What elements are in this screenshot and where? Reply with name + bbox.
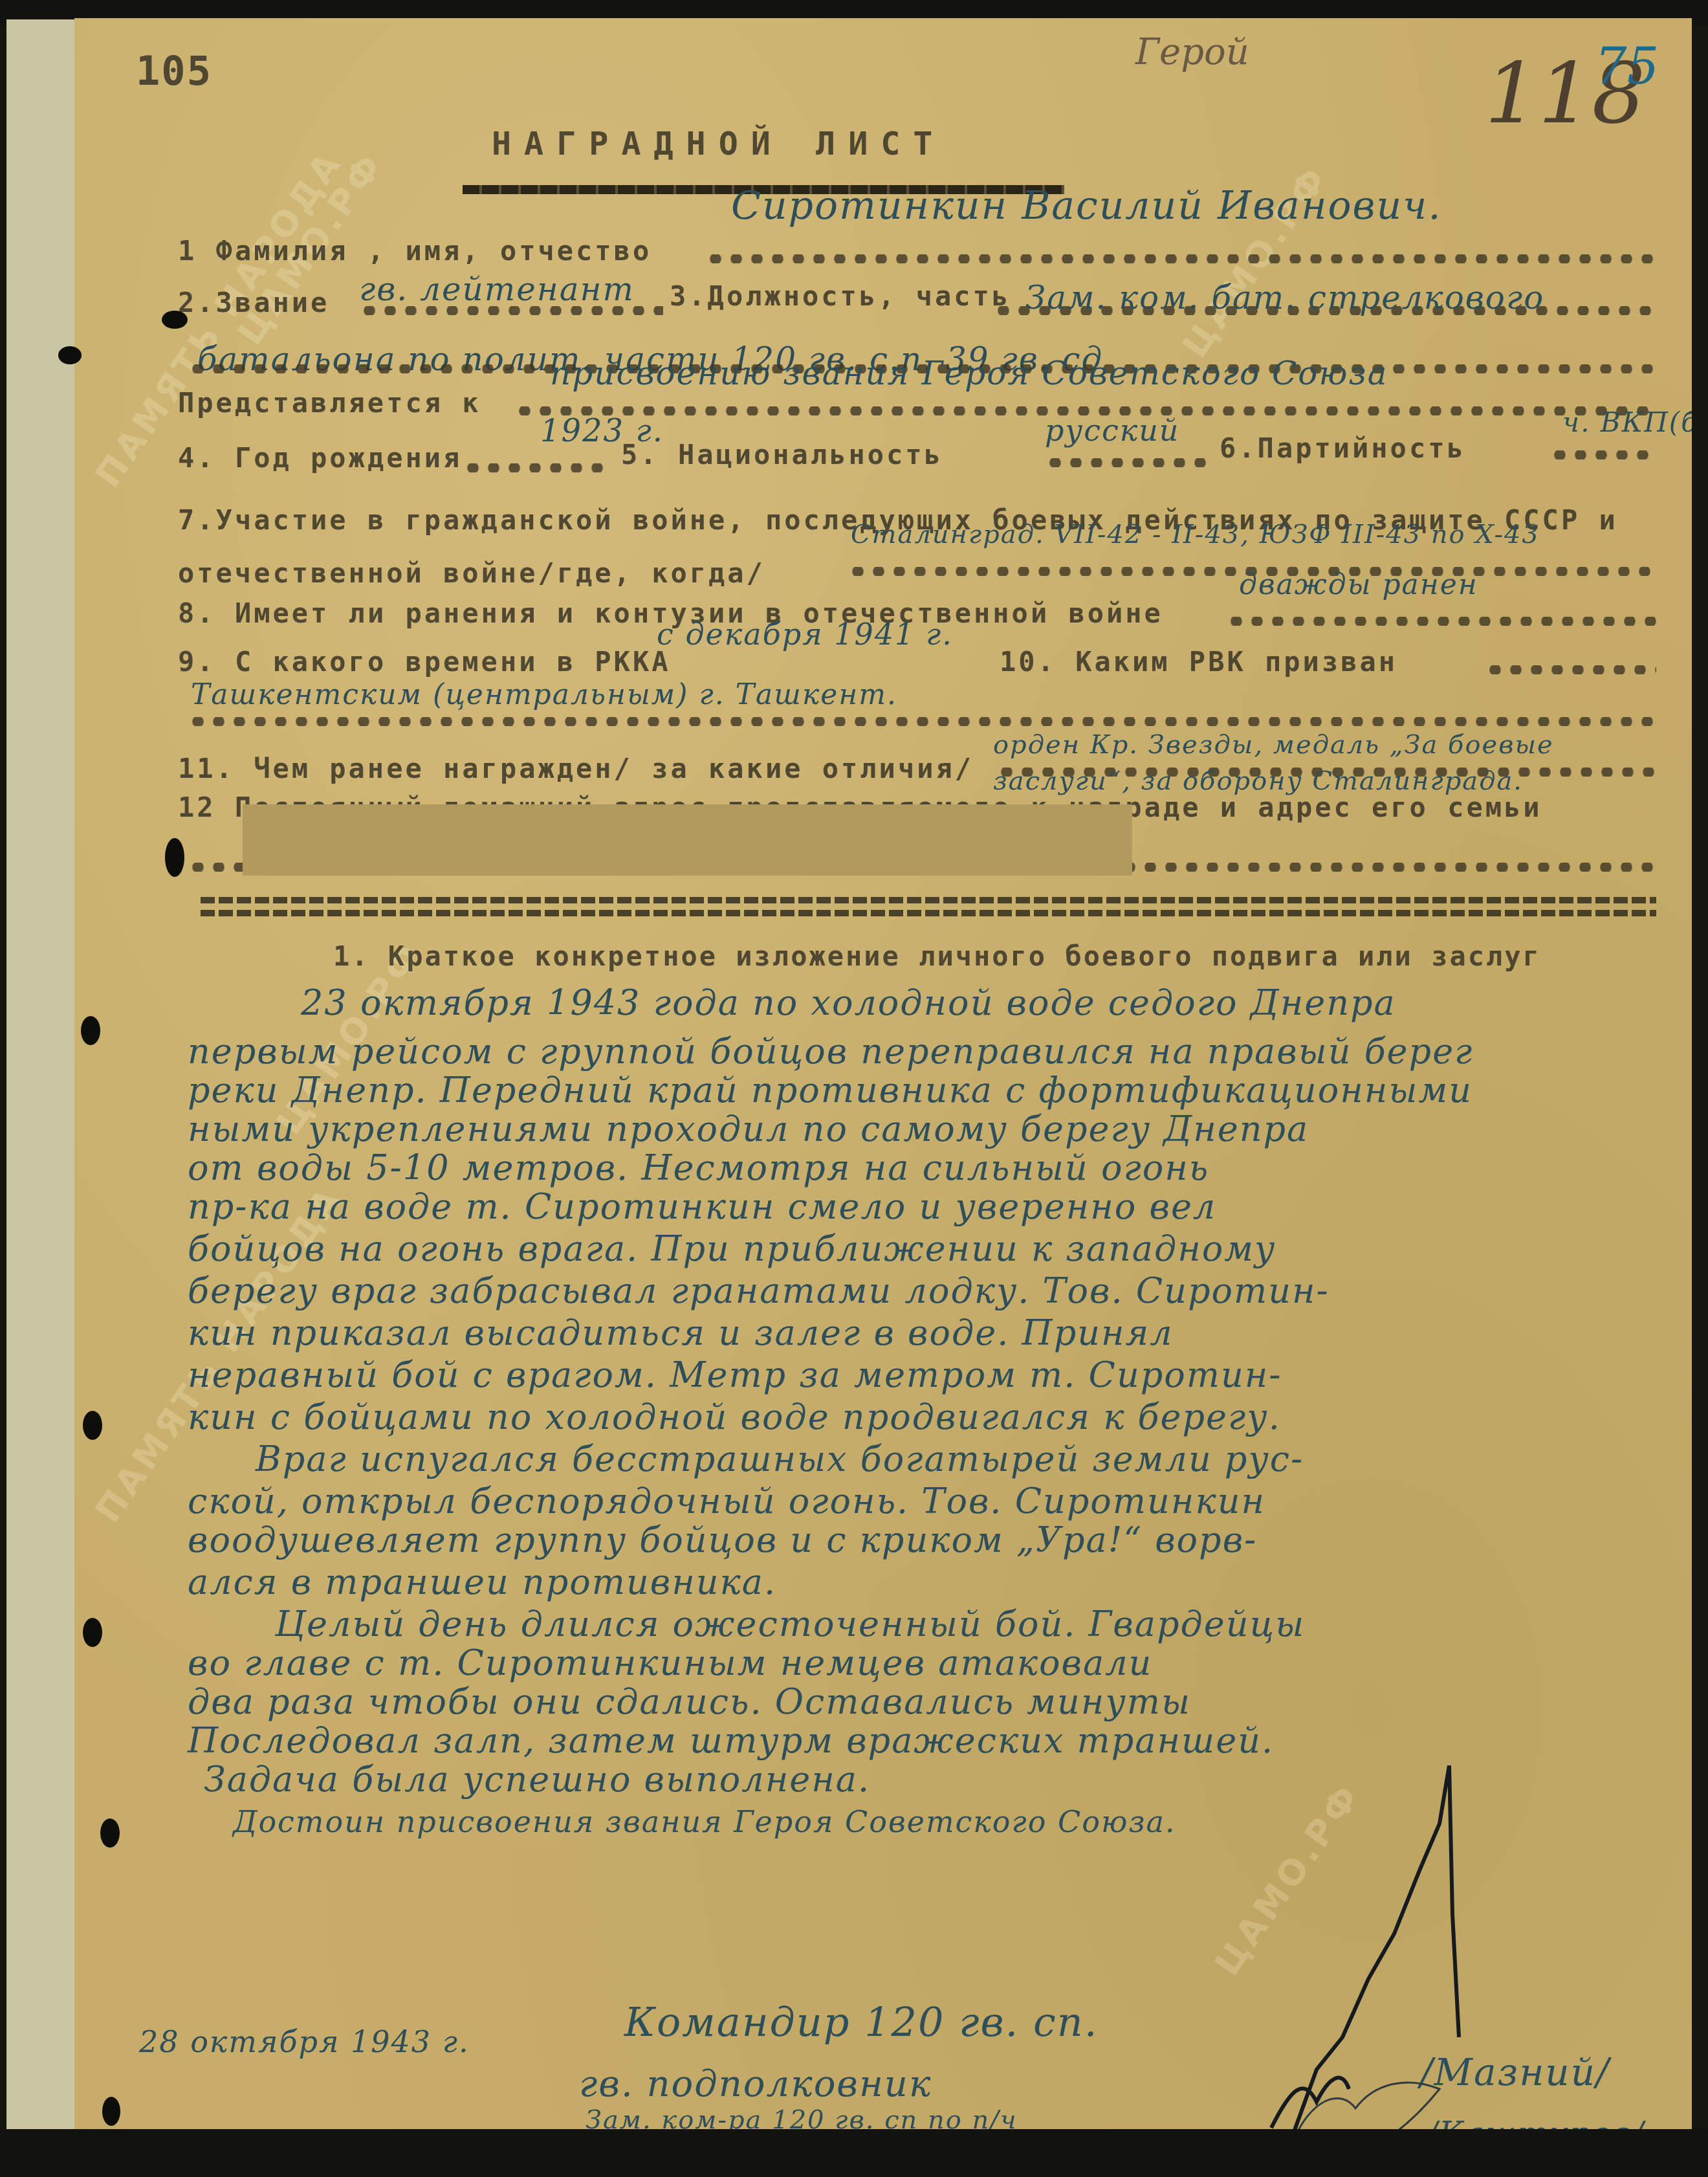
narrative-line: ными укреплениями проходил по самому бер… — [188, 1109, 1309, 1149]
narrative-line: кин с бойцами по холодной воде продвигал… — [188, 1397, 1281, 1437]
narrative-line: воодушевляет группу бойцов и с криком „У… — [188, 1519, 1257, 1560]
field-10-label: 10. Каким РВК призван — [1000, 646, 1397, 678]
section-separator — [201, 910, 1656, 916]
punch-hole — [165, 838, 184, 877]
dotted-line — [1549, 450, 1656, 459]
dotted-line — [1045, 458, 1213, 467]
field-5-label: 5. Национальность — [621, 439, 943, 470]
dotted-line — [1485, 665, 1656, 674]
field-6-value: ч. ВКП(б) — [1562, 406, 1692, 438]
narrative-line: ской, открыл беспорядочный огонь. Тов. С… — [188, 1481, 1265, 1521]
narrative-line: первым рейсом с группой бойцов переправи… — [188, 1031, 1473, 1072]
field-4-label: 4. Год рождения — [178, 442, 462, 474]
commander-rank: гв. подполковник — [579, 2063, 932, 2105]
field-1-label: 1 Фамилия , имя, отчество — [178, 235, 651, 267]
field-1-value: Сиротинкин Василий Иванович. — [731, 183, 1442, 228]
field-5-value: русский — [1045, 413, 1179, 448]
narrative-line: Враг испугался бесстрашных богатырей зем… — [256, 1439, 1304, 1479]
archive-page-number: 105 — [136, 47, 212, 94]
section-separator — [201, 897, 1656, 903]
presented-for-label: Представляется к — [178, 387, 481, 419]
narrative-line: неравный бой с врагом. Метр за метром т.… — [188, 1354, 1282, 1395]
narrative-line: во главе с т. Сиротинкиным немцев атаков… — [188, 1642, 1152, 1683]
scan-border-bottom — [0, 2129, 1708, 2177]
dotted-line — [463, 463, 611, 472]
field-6-label: 6.Партийность — [1220, 432, 1466, 464]
narrative-line: два раза чтобы они сдались. Оставались м… — [188, 1681, 1191, 1722]
punch-hole — [162, 311, 188, 329]
narrative-line: кин приказал высадиться и залег в воде. … — [188, 1312, 1174, 1353]
punch-hole — [81, 1016, 100, 1045]
narrative-line: пр-ка на воде т. Сиротинкин смело и увер… — [188, 1186, 1216, 1227]
conclusion-line: Достоин присвоения звания Героя Советско… — [233, 1804, 1176, 1839]
field-10-value: Ташкентским (центральным) г. Ташкент. — [191, 678, 897, 711]
narrative-line: берегу враг забрасывал гранатами лодку. … — [188, 1270, 1330, 1311]
narrative-line: реки Днепр. Передний край противника с ф… — [188, 1070, 1473, 1111]
deputy-signature — [1284, 2070, 1452, 2133]
field-8-value: дважды ранен — [1239, 568, 1478, 601]
field-11-value: орден Кр. Звезды, медаль „За боевые засл… — [993, 727, 1685, 799]
narrative-line: бойцов на огонь врага. При приближении к… — [188, 1228, 1276, 1269]
narrative-line: Целый день длился ожесточенный бой. Гвар… — [275, 1604, 1305, 1644]
punch-hole — [102, 2097, 120, 2126]
document-date: 28 октября 1943 г. — [139, 2024, 470, 2059]
punch-hole — [83, 1618, 102, 1647]
narrative-line: Последовал залп, затем штурм вражеских т… — [188, 1720, 1274, 1761]
redacted-address — [243, 804, 1132, 876]
section-heading: 1. Краткое конкретное изложение личного … — [333, 940, 1541, 972]
commander-title: Командир 120 гв. сп. — [624, 1998, 1098, 2046]
punch-hole — [58, 346, 82, 364]
pencil-note: Герой — [1135, 31, 1249, 73]
field-9-value: с декабря 1941 г. — [657, 617, 953, 652]
narrative-line: от воды 5-10 метров. Несмотря на сильный… — [188, 1147, 1209, 1188]
narrative-line: Задача была успешно выполнена. — [204, 1759, 870, 1800]
award-sheet-page: ПАМЯТЬ НАРОДА ЦАМО.РФ ЦАМО.РФ ПАМЯТЬ НАР… — [74, 18, 1692, 2133]
field-7-value: Сталинград. VII-42 - II-43, ЮЗФ III-43 п… — [851, 520, 1540, 549]
field-11-label: 11. Чем ранее награжден/ за какие отличи… — [178, 753, 974, 784]
blue-ink-number: 75 — [1595, 38, 1659, 96]
punch-hole — [100, 1818, 120, 1848]
field-9-label: 9. С какого времени в РККА — [178, 646, 670, 678]
dotted-line — [705, 254, 1656, 263]
binding-margin — [6, 19, 74, 2145]
narrative-line: ался в траншеи противника. — [188, 1562, 776, 1602]
dotted-line — [1226, 617, 1656, 626]
dotted-line — [188, 717, 1656, 726]
narrative-line: 23 октября 1943 года по холодной воде се… — [301, 982, 1396, 1023]
document-title: НАГРАДНОЙ ЛИСТ — [492, 125, 945, 162]
punch-hole — [83, 1411, 102, 1440]
presented-for-value: присвоению звания Героя Советского Союза — [550, 355, 1388, 392]
